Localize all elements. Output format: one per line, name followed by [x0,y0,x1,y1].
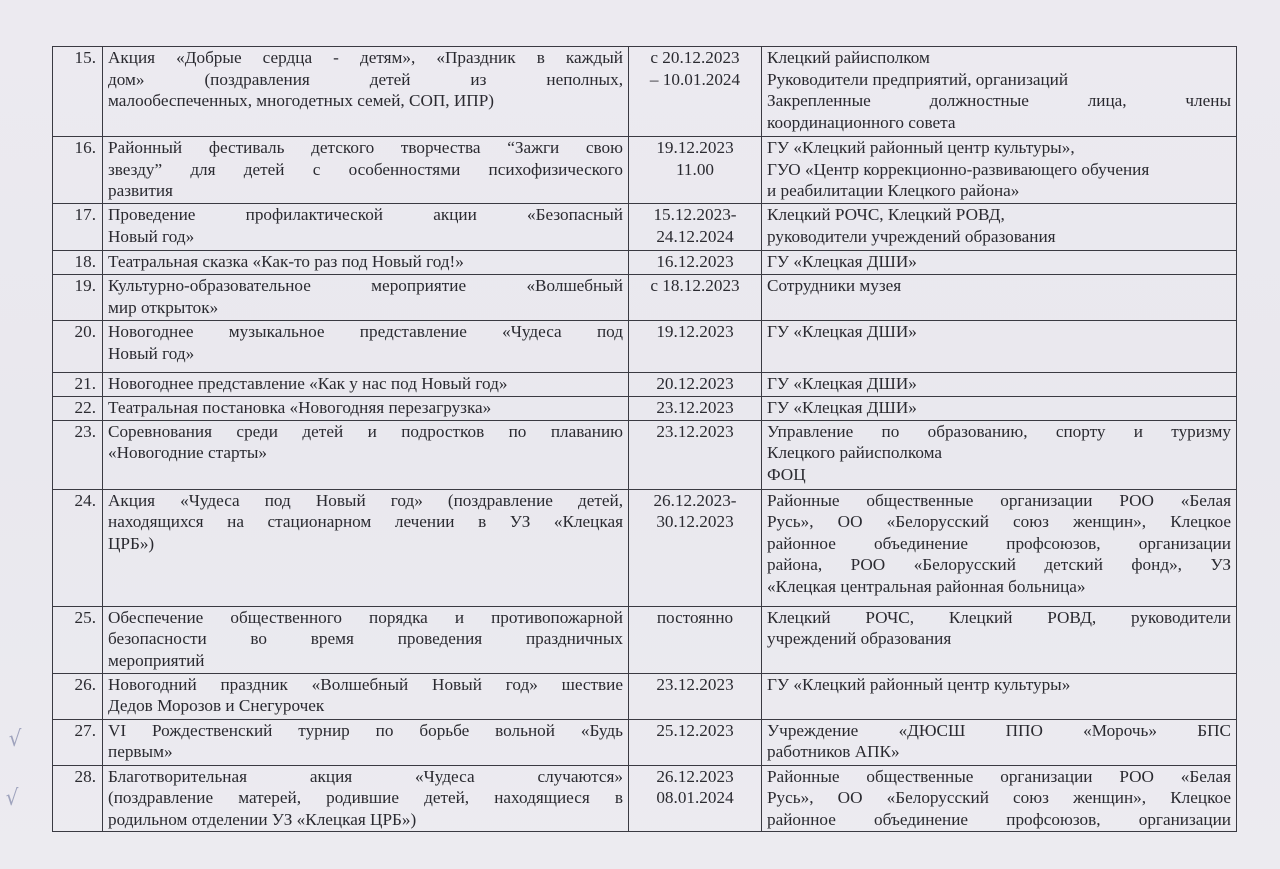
event-cell: Новогоднее музыкальное представление «Чу… [103,321,629,373]
event-cell: Театральная постановка «Новогодняя перез… [103,396,629,420]
text-line: руководители учреждений образования [767,226,1231,248]
responsible-cell: ГУ «Клецкий районный центр культуры» [762,673,1237,719]
text-line: Новогоднее представление «Как у нас под … [108,373,623,395]
text-line: VI Рождественский турнир по борьбе вольн… [108,720,623,742]
text-line: Акция «Чудеса под Новый год» (поздравлен… [108,490,623,512]
date-cell: 16.12.2023 [629,251,762,275]
date-line: 26.12.2023 [631,766,759,788]
text-line: Новый год» [108,226,623,248]
text-line: учреждений образования [767,628,1231,650]
event-cell: Районный фестиваль детского творчества “… [103,137,629,204]
date-line: 23.12.2023 [631,421,759,443]
table-row: 26.Новогодний праздник «Волшебный Новый … [53,673,1237,719]
text-line: Театральная сказка «Как-то раз под Новый… [108,251,623,273]
event-cell: Проведение профилактической акции «Безоп… [103,204,629,251]
date-line: 19.12.2023 [631,137,759,159]
table-row: 25.Обеспечение общественного порядка и п… [53,606,1237,673]
date-line: 20.12.2023 [631,373,759,395]
text-line: Клецкий райисполком [767,47,1231,69]
text-line: мероприятий [108,650,623,672]
responsible-cell: Учреждение «ДЮСШ ППО «Морочь» БПСработни… [762,719,1237,765]
date-cell: 19.12.2023 [629,321,762,373]
row-number: 27. [53,719,103,765]
responsible-cell: Районные общественные организации РОО «Б… [762,489,1237,606]
date-line: 24.12.2024 [631,226,759,248]
date-cell: 23.12.2023 [629,396,762,420]
table-row: 22.Театральная постановка «Новогодняя пе… [53,396,1237,420]
text-line: Обеспечение общественного порядка и прот… [108,607,623,629]
row-number: 25. [53,606,103,673]
text-line: Проведение профилактической акции «Безоп… [108,204,623,226]
text-line: Культурно-образовательное мероприятие «В… [108,275,623,297]
text-line: ГУ «Клецкий районный центр культуры», [767,137,1231,159]
handwritten-checkmark-icon: √ [9,727,22,752]
date-line: 08.01.2024 [631,787,759,809]
text-line: ГУО «Центр коррекционно-развивающего обу… [767,159,1231,181]
row-number: 28. [53,765,103,832]
table-row: 27.VI Рождественский турнир по борьбе во… [53,719,1237,765]
responsible-cell: ГУ «Клецкая ДШИ» [762,251,1237,275]
text-line: Клецкий РОЧС, Клецкий РОВД, [767,204,1231,226]
date-cell: с 18.12.2023 [629,275,762,321]
text-line: Клецкий РОЧС, Клецкий РОВД, руководители [767,607,1231,629]
row-number: 26. [53,673,103,719]
text-line: родильном отделении УЗ «Клецкая ЦРБ») [108,809,623,831]
handwritten-checkmark-icon: √ [6,786,19,811]
row-number: 22. [53,396,103,420]
date-cell: 26.12.2023-30.12.2023 [629,489,762,606]
date-line: 19.12.2023 [631,321,759,343]
table-row: 17.Проведение профилактической акции «Бе… [53,204,1237,251]
event-cell: Обеспечение общественного порядка и прот… [103,606,629,673]
responsible-cell: Клецкий РОЧС, Клецкий РОВД,руководители … [762,204,1237,251]
responsible-cell: Клецкий райисполкомРуководители предприя… [762,47,1237,137]
text-line: «Новогодние старты» [108,442,623,464]
date-cell: постоянно [629,606,762,673]
text-line: дом» (поздравления детей из неполных, [108,69,623,91]
row-number: 21. [53,373,103,397]
text-line: Русь», ОО «Белорусский союз женщин», Кле… [767,511,1231,533]
date-cell: 23.12.2023 [629,673,762,719]
text-line: ЦРБ») [108,533,623,555]
row-number: 15. [53,47,103,137]
responsible-cell: Клецкий РОЧС, Клецкий РОВД, руководители… [762,606,1237,673]
date-line: 15.12.2023- [631,204,759,226]
responsible-cell: Управление по образованию, спорту и тури… [762,420,1237,489]
text-line: Благотворительная акция «Чудеса случаютс… [108,766,623,788]
table-row: 19.Культурно-образовательное мероприятие… [53,275,1237,321]
date-cell: 15.12.2023-24.12.2024 [629,204,762,251]
text-line: Управление по образованию, спорту и тури… [767,421,1231,443]
text-line: работников АПК» [767,741,1231,763]
responsible-cell: Сотрудники музея [762,275,1237,321]
text-line: Районные общественные организации РОО «Б… [767,490,1231,512]
text-line: ГУ «Клецкая ДШИ» [767,321,1231,343]
text-line: малообеспеченных, многодетных семей, СОП… [108,90,623,112]
date-cell: 23.12.2023 [629,420,762,489]
table-row: 15.Акция «Добрые сердца - детям», «Празд… [53,47,1237,137]
text-line: Районный фестиваль детского творчества “… [108,137,623,159]
responsible-cell: ГУ «Клецкая ДШИ» [762,321,1237,373]
date-cell: с 20.12.2023– 10.01.2024 [629,47,762,137]
text-line: находящихся на стационарном лечении в УЗ… [108,511,623,533]
text-line: безопасности во время проведения праздни… [108,628,623,650]
text-line: ГУ «Клецкий районный центр культуры» [767,674,1231,696]
date-line: постоянно [631,607,759,629]
row-number: 23. [53,420,103,489]
text-line: Сотрудники музея [767,275,1231,297]
event-cell: Новогоднее представление «Как у нас под … [103,373,629,397]
date-line: с 18.12.2023 [631,275,759,297]
event-cell: Акция «Чудеса под Новый год» (поздравлен… [103,489,629,606]
event-cell: Новогодний праздник «Волшебный Новый год… [103,673,629,719]
table-row: 20.Новогоднее музыкальное представление … [53,321,1237,373]
responsible-cell: Районные общественные организации РОО «Б… [762,765,1237,832]
row-number: 20. [53,321,103,373]
text-line: Руководители предприятий, организаций [767,69,1231,91]
row-number: 17. [53,204,103,251]
event-cell: Акция «Добрые сердца - детям», «Праздник… [103,47,629,137]
responsible-cell: ГУ «Клецкий районный центр культуры»,ГУО… [762,137,1237,204]
text-line: и реабилитации Клецкого района» [767,180,1231,202]
row-number: 24. [53,489,103,606]
table-row: 23.Соревнования среди детей и подростков… [53,420,1237,489]
date-cell: 20.12.2023 [629,373,762,397]
date-line: 30.12.2023 [631,511,759,533]
text-line: ГУ «Клецкая ДШИ» [767,251,1231,273]
text-line: Районные общественные организации РОО «Б… [767,766,1231,788]
text-line: звезду” для детей с особенностями психоф… [108,159,623,181]
table-row: 16.Районный фестиваль детского творчеств… [53,137,1237,204]
row-number: 16. [53,137,103,204]
date-line: 23.12.2023 [631,397,759,419]
date-line: 16.12.2023 [631,251,759,273]
responsible-cell: ГУ «Клецкая ДШИ» [762,396,1237,420]
text-line: Русь», ОО «Белорусский союз женщин», Кле… [767,787,1231,809]
text-line: (поздравление матерей, родившие детей, н… [108,787,623,809]
text-line: первым» [108,741,623,763]
text-line: Закрепленные должностные лица, члены [767,90,1231,112]
row-number: 19. [53,275,103,321]
text-line: районное объединение профсоюзов, организ… [767,809,1231,831]
text-line: Клецкого райисполкома [767,442,1231,464]
text-line: Учреждение «ДЮСШ ППО «Морочь» БПС [767,720,1231,742]
table-row: 28.Благотворительная акция «Чудеса случа… [53,765,1237,832]
text-line: мир открыток» [108,297,623,319]
date-cell: 25.12.2023 [629,719,762,765]
table-row: 18.Театральная сказка «Как-то раз под Но… [53,251,1237,275]
date-cell: 26.12.202308.01.2024 [629,765,762,832]
event-cell: VI Рождественский турнир по борьбе вольн… [103,719,629,765]
text-line: ГУ «Клецкая ДШИ» [767,397,1231,419]
text-line: Новогодний праздник «Волшебный Новый год… [108,674,623,696]
event-cell: Благотворительная акция «Чудеса случаютс… [103,765,629,832]
event-cell: Соревнования среди детей и подростков по… [103,420,629,489]
date-line: 23.12.2023 [631,674,759,696]
text-line: ГУ «Клецкая ДШИ» [767,373,1231,395]
text-line: «Клецкая центральная районная больница» [767,576,1231,598]
date-line: 25.12.2023 [631,720,759,742]
text-line: Соревнования среди детей и подростков по… [108,421,623,443]
text-line: ФОЦ [767,464,1231,486]
text-line: Дедов Морозов и Снегурочек [108,695,623,717]
table-row: 21.Новогоднее представление «Как у нас п… [53,373,1237,397]
row-number: 18. [53,251,103,275]
event-cell: Культурно-образовательное мероприятие «В… [103,275,629,321]
scanned-document-page: 15.Акция «Добрые сердца - детям», «Празд… [0,0,1280,869]
event-plan-table: 15.Акция «Добрые сердца - детям», «Празд… [52,46,1237,832]
date-line: – 10.01.2024 [631,69,759,91]
text-line: развития [108,180,623,202]
event-cell: Театральная сказка «Как-то раз под Новый… [103,251,629,275]
table-body: 15.Акция «Добрые сердца - детям», «Празд… [53,47,1237,832]
date-line: с 20.12.2023 [631,47,759,69]
text-line: Акция «Добрые сердца - детям», «Праздник… [108,47,623,69]
text-line: района, РОО «Белорусский детский фонд», … [767,554,1231,576]
text-line: Театральная постановка «Новогодняя перез… [108,397,623,419]
date-line: 26.12.2023- [631,490,759,512]
text-line: Новый год» [108,343,623,365]
text-line: районное объединение профсоюзов, организ… [767,533,1231,555]
date-line: 11.00 [631,159,759,181]
responsible-cell: ГУ «Клецкая ДШИ» [762,373,1237,397]
text-line: Новогоднее музыкальное представление «Чу… [108,321,623,343]
text-line: координационного совета [767,112,1231,134]
date-cell: 19.12.202311.00 [629,137,762,204]
table-row: 24.Акция «Чудеса под Новый год» (поздрав… [53,489,1237,606]
